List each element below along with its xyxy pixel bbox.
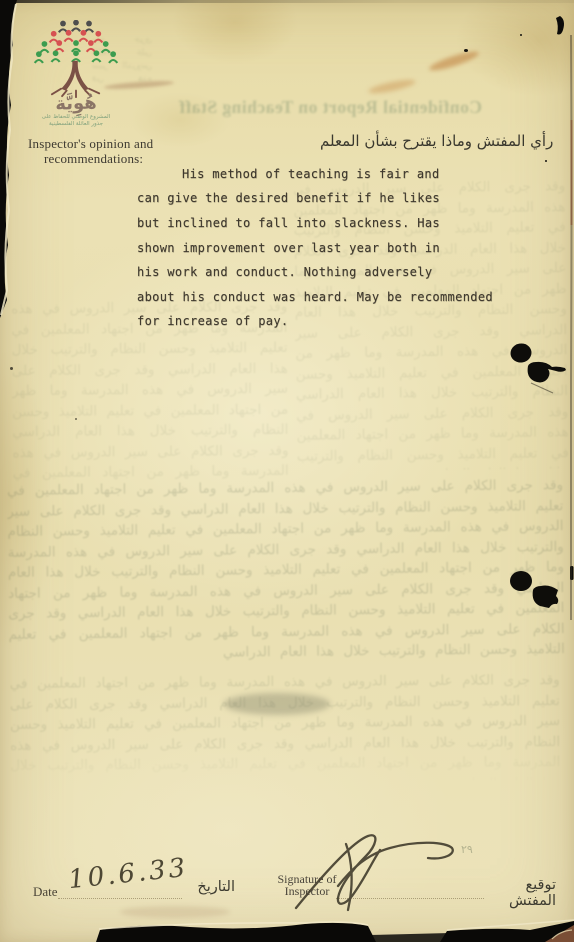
bottom-torn-edge: [0, 895, 574, 942]
report-line: his work and conduct. Nothing adversely: [137, 265, 557, 279]
ghost-mirrored-title: Confidential Report on Teaching Staff: [90, 97, 482, 123]
logo-tagline-line1: المشروع الوطني للحفاظ على: [26, 114, 126, 121]
organization-logo-tree-icon: [28, 20, 124, 98]
logo-calligraphy: هُوِيَّة: [42, 92, 111, 115]
inspector-opinion-label: Inspector's opinion and recommendations:: [28, 136, 198, 166]
logo-tagline: المشروع الوطني للحفاظ على جذور العائلة ا…: [26, 114, 126, 128]
ink-speck: [464, 49, 468, 52]
report-line: about his conduct was heard. May be reco…: [137, 290, 557, 304]
left-torn-edge: [0, 0, 22, 330]
inspector-opinion-label-line2: recommendations:: [28, 151, 198, 166]
report-line: but inclined to fall into slackness. Has: [137, 216, 557, 230]
scanned-document: وقد جرى الكلام على سير الدروس في هذه الم…: [0, 0, 574, 942]
report-line: shown improvement over last year both in: [137, 241, 557, 255]
logo-tagline-line2: جذور العائلة الفلسطينية: [26, 121, 126, 128]
date-label-arabic: التاريخ: [185, 879, 235, 895]
arabic-header-title: رأي المفتش وماذا يقترح بشأن المعلم: [320, 132, 560, 150]
tree-trunk: [61, 61, 89, 91]
report-line: can give the desired benefit if he likes: [137, 191, 557, 205]
people-row-top: [58, 20, 94, 33]
ink-speck: [75, 418, 77, 420]
top-torn-edge: [0, 0, 574, 3]
report-line: His method of teaching is fair and: [137, 167, 574, 181]
ink-speck: [520, 34, 522, 36]
report-line: for increase of pay.: [137, 314, 557, 328]
right-edge-marks: [550, 0, 574, 700]
ink-speck: [545, 160, 547, 162]
ink-speck: [10, 367, 13, 370]
inspector-opinion-label-line1: Inspector's opinion and: [28, 136, 198, 151]
